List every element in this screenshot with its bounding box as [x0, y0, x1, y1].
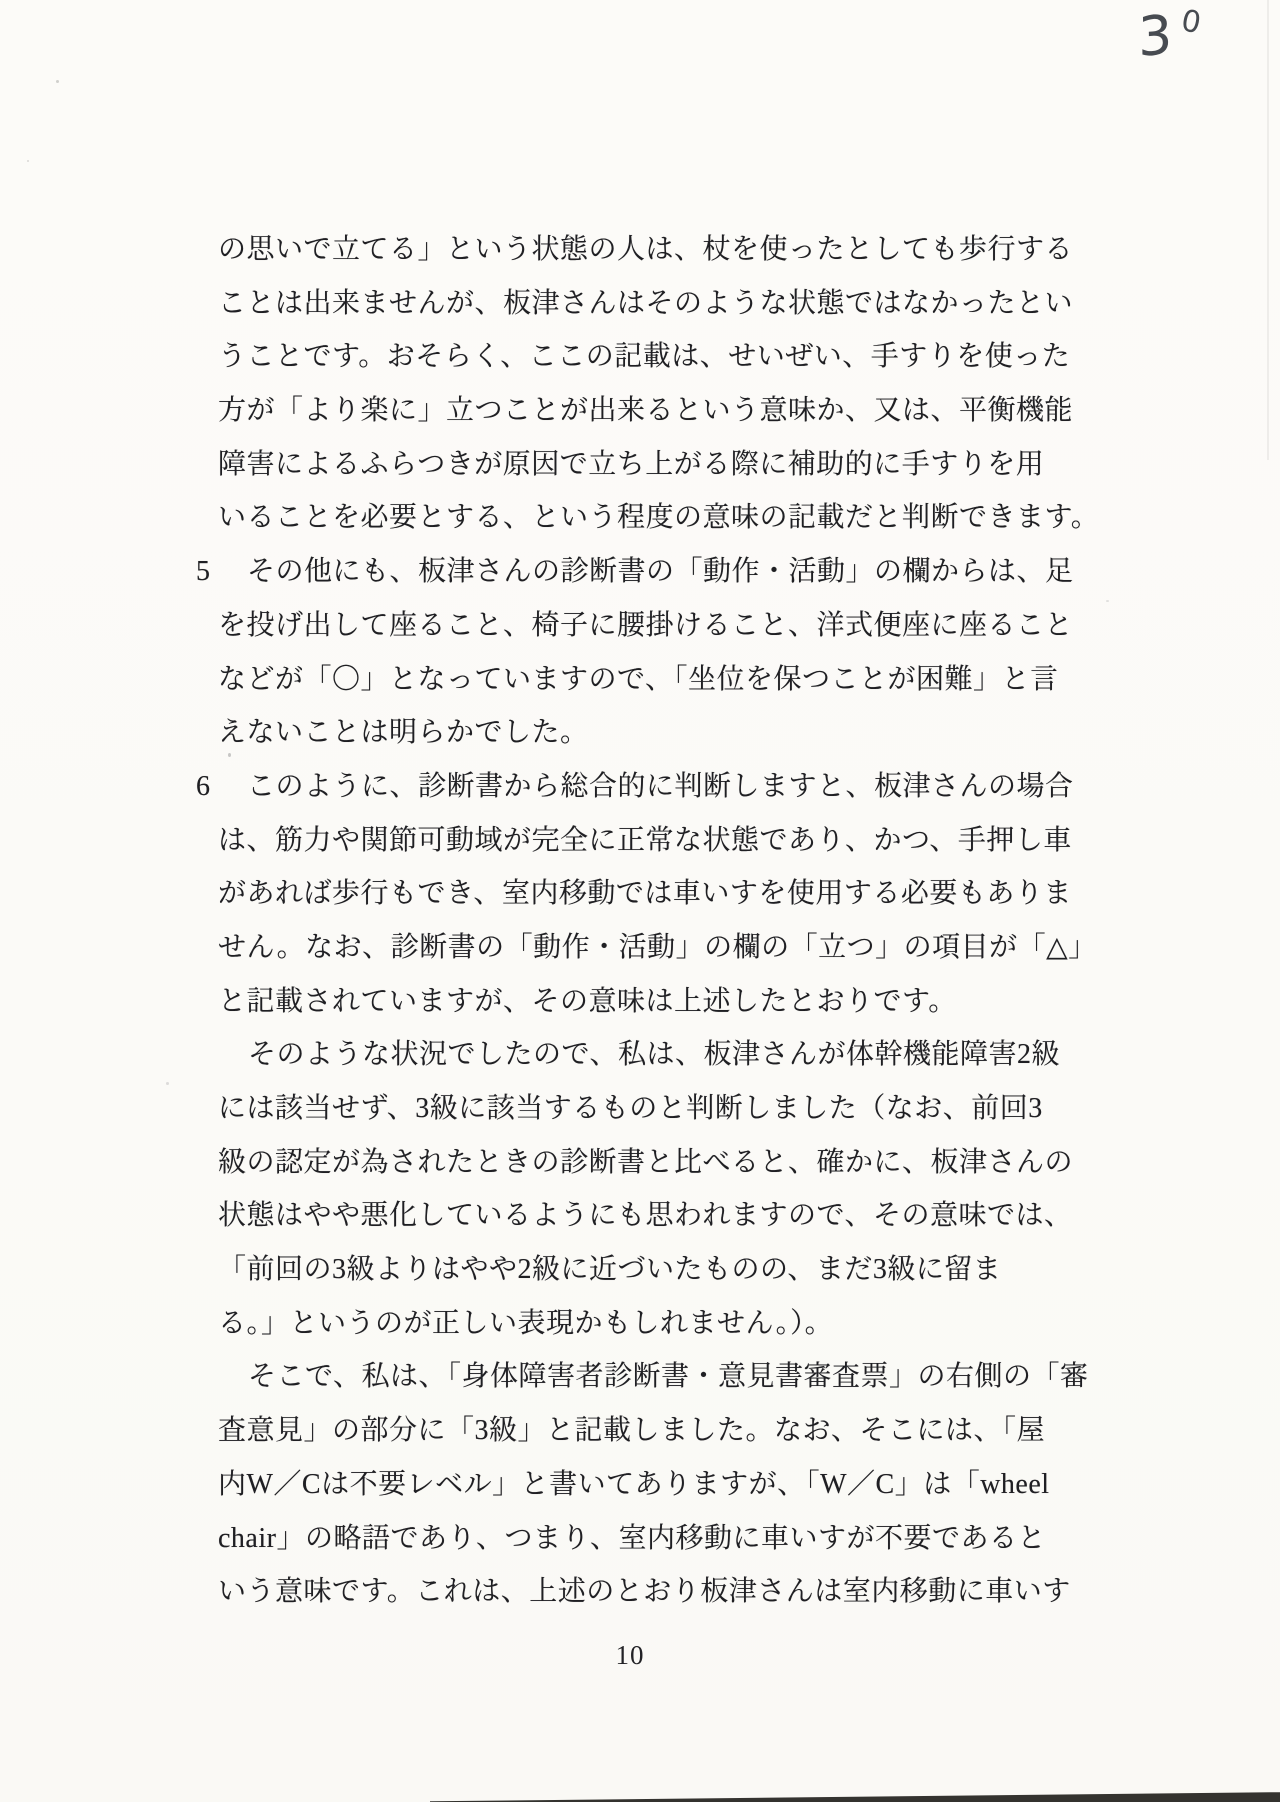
scanned-document-page: 30 の思いで立てる」という状態の人は、杖を使ったとしても歩行することは出来ませ… [0, 0, 1280, 1802]
scan-speck [56, 80, 59, 83]
text-line: には該当せず、3級に該当するものと判断しました（なお、前回3 [218, 1082, 1118, 1136]
handwritten-page-mark: 30 [1137, 3, 1202, 69]
text-line: を投げ出して座ること、椅子に腰掛けること、洋式便座に座ること [218, 599, 1118, 653]
text-line: 査意見」の部分に「3級」と記載しました。なお、そこには、「屋 [218, 1404, 1118, 1458]
text-line: そこで、私は、「身体障害者診断書・意見書審査票」の右側の「審 [218, 1350, 1118, 1404]
text-line: 級の認定が為されたときの診断書と比べると、確かに、板津さんの [218, 1136, 1118, 1190]
text-line: うことです。おそらく、ここの記載は、せいぜい、手すりを使った [218, 330, 1118, 384]
text-line: は、筋力や関節可動域が完全に正常な状態であり、かつ、手押し車 [218, 814, 1118, 868]
document-body-text: の思いで立てる」という状態の人は、杖を使ったとしても歩行することは出来ませんが、… [218, 223, 1118, 1619]
item-number: 6 [196, 760, 247, 814]
text-line: などが「〇」となっていますので、「坐位を保つことが困難」と言 [218, 653, 1118, 707]
text-line: せん。なお、診断書の「動作・活動」の欄の「立つ」の項目が「△」 [218, 921, 1118, 975]
text-line: ことは出来ませんが、板津さんはそのような状態ではなかったとい [218, 277, 1118, 331]
text-line: る。」というのが正しい表現かもしれません。）。 [218, 1297, 1118, 1351]
text-line: えないことは明らかでした。 [218, 706, 1118, 760]
scan-speck [228, 753, 231, 757]
scan-speck [27, 160, 29, 162]
text-line: そのような状況でしたので、私は、板津さんが体幹機能障害2級 [218, 1028, 1118, 1082]
text-line: 障害によるふらつきが原因で立ち上がる際に補助的に手すりを用 [218, 438, 1118, 492]
text-line: と記載されていますが、その意味は上述したとおりです。 [218, 975, 1118, 1029]
scan-edge-artifact [430, 1788, 1280, 1802]
text-line: 内W／Cは不要レベル」と書いてありますが、「W／C」は「wheel [218, 1458, 1118, 1512]
scan-speck [166, 1082, 169, 1085]
text-line: 方が「より楽に」立つことが出来るという意味か、又は、平衡機能 [218, 384, 1118, 438]
handwritten-digit: 3 [1138, 3, 1173, 69]
text-line: があれば歩行もでき、室内移動では車いすを使用する必要もありま [218, 867, 1118, 921]
text-line: いることを必要とする、という程度の意味の記載だと判断できます。 [218, 491, 1118, 545]
handwritten-digit: 0 [1179, 3, 1204, 41]
text-line: 「前回の3級よりはやや2級に近づいたものの、まだ3級に留ま [218, 1243, 1118, 1297]
text-line: いう意味です。これは、上述のとおり板津さんは室内移動に車いす [218, 1565, 1118, 1619]
text-line: chair」の略語であり、つまり、室内移動に車いすが不要であると [218, 1512, 1118, 1566]
scan-speck [1106, 600, 1109, 602]
text-line: 状態はやや悪化しているようにも思われますので、その意味では、 [218, 1189, 1118, 1243]
numbered-item-line: 5その他にも、板津さんの診断書の「動作・活動」の欄からは、足 [196, 545, 1118, 599]
page-edge-shadow [1267, 0, 1269, 460]
numbered-item-line: 6このように、診断書から総合的に判断しますと、板津さんの場合 [196, 760, 1118, 814]
item-number: 5 [196, 545, 247, 599]
text-line: の思いで立てる」という状態の人は、杖を使ったとしても歩行する [218, 223, 1118, 277]
page-number: 10 [0, 1640, 1260, 1671]
